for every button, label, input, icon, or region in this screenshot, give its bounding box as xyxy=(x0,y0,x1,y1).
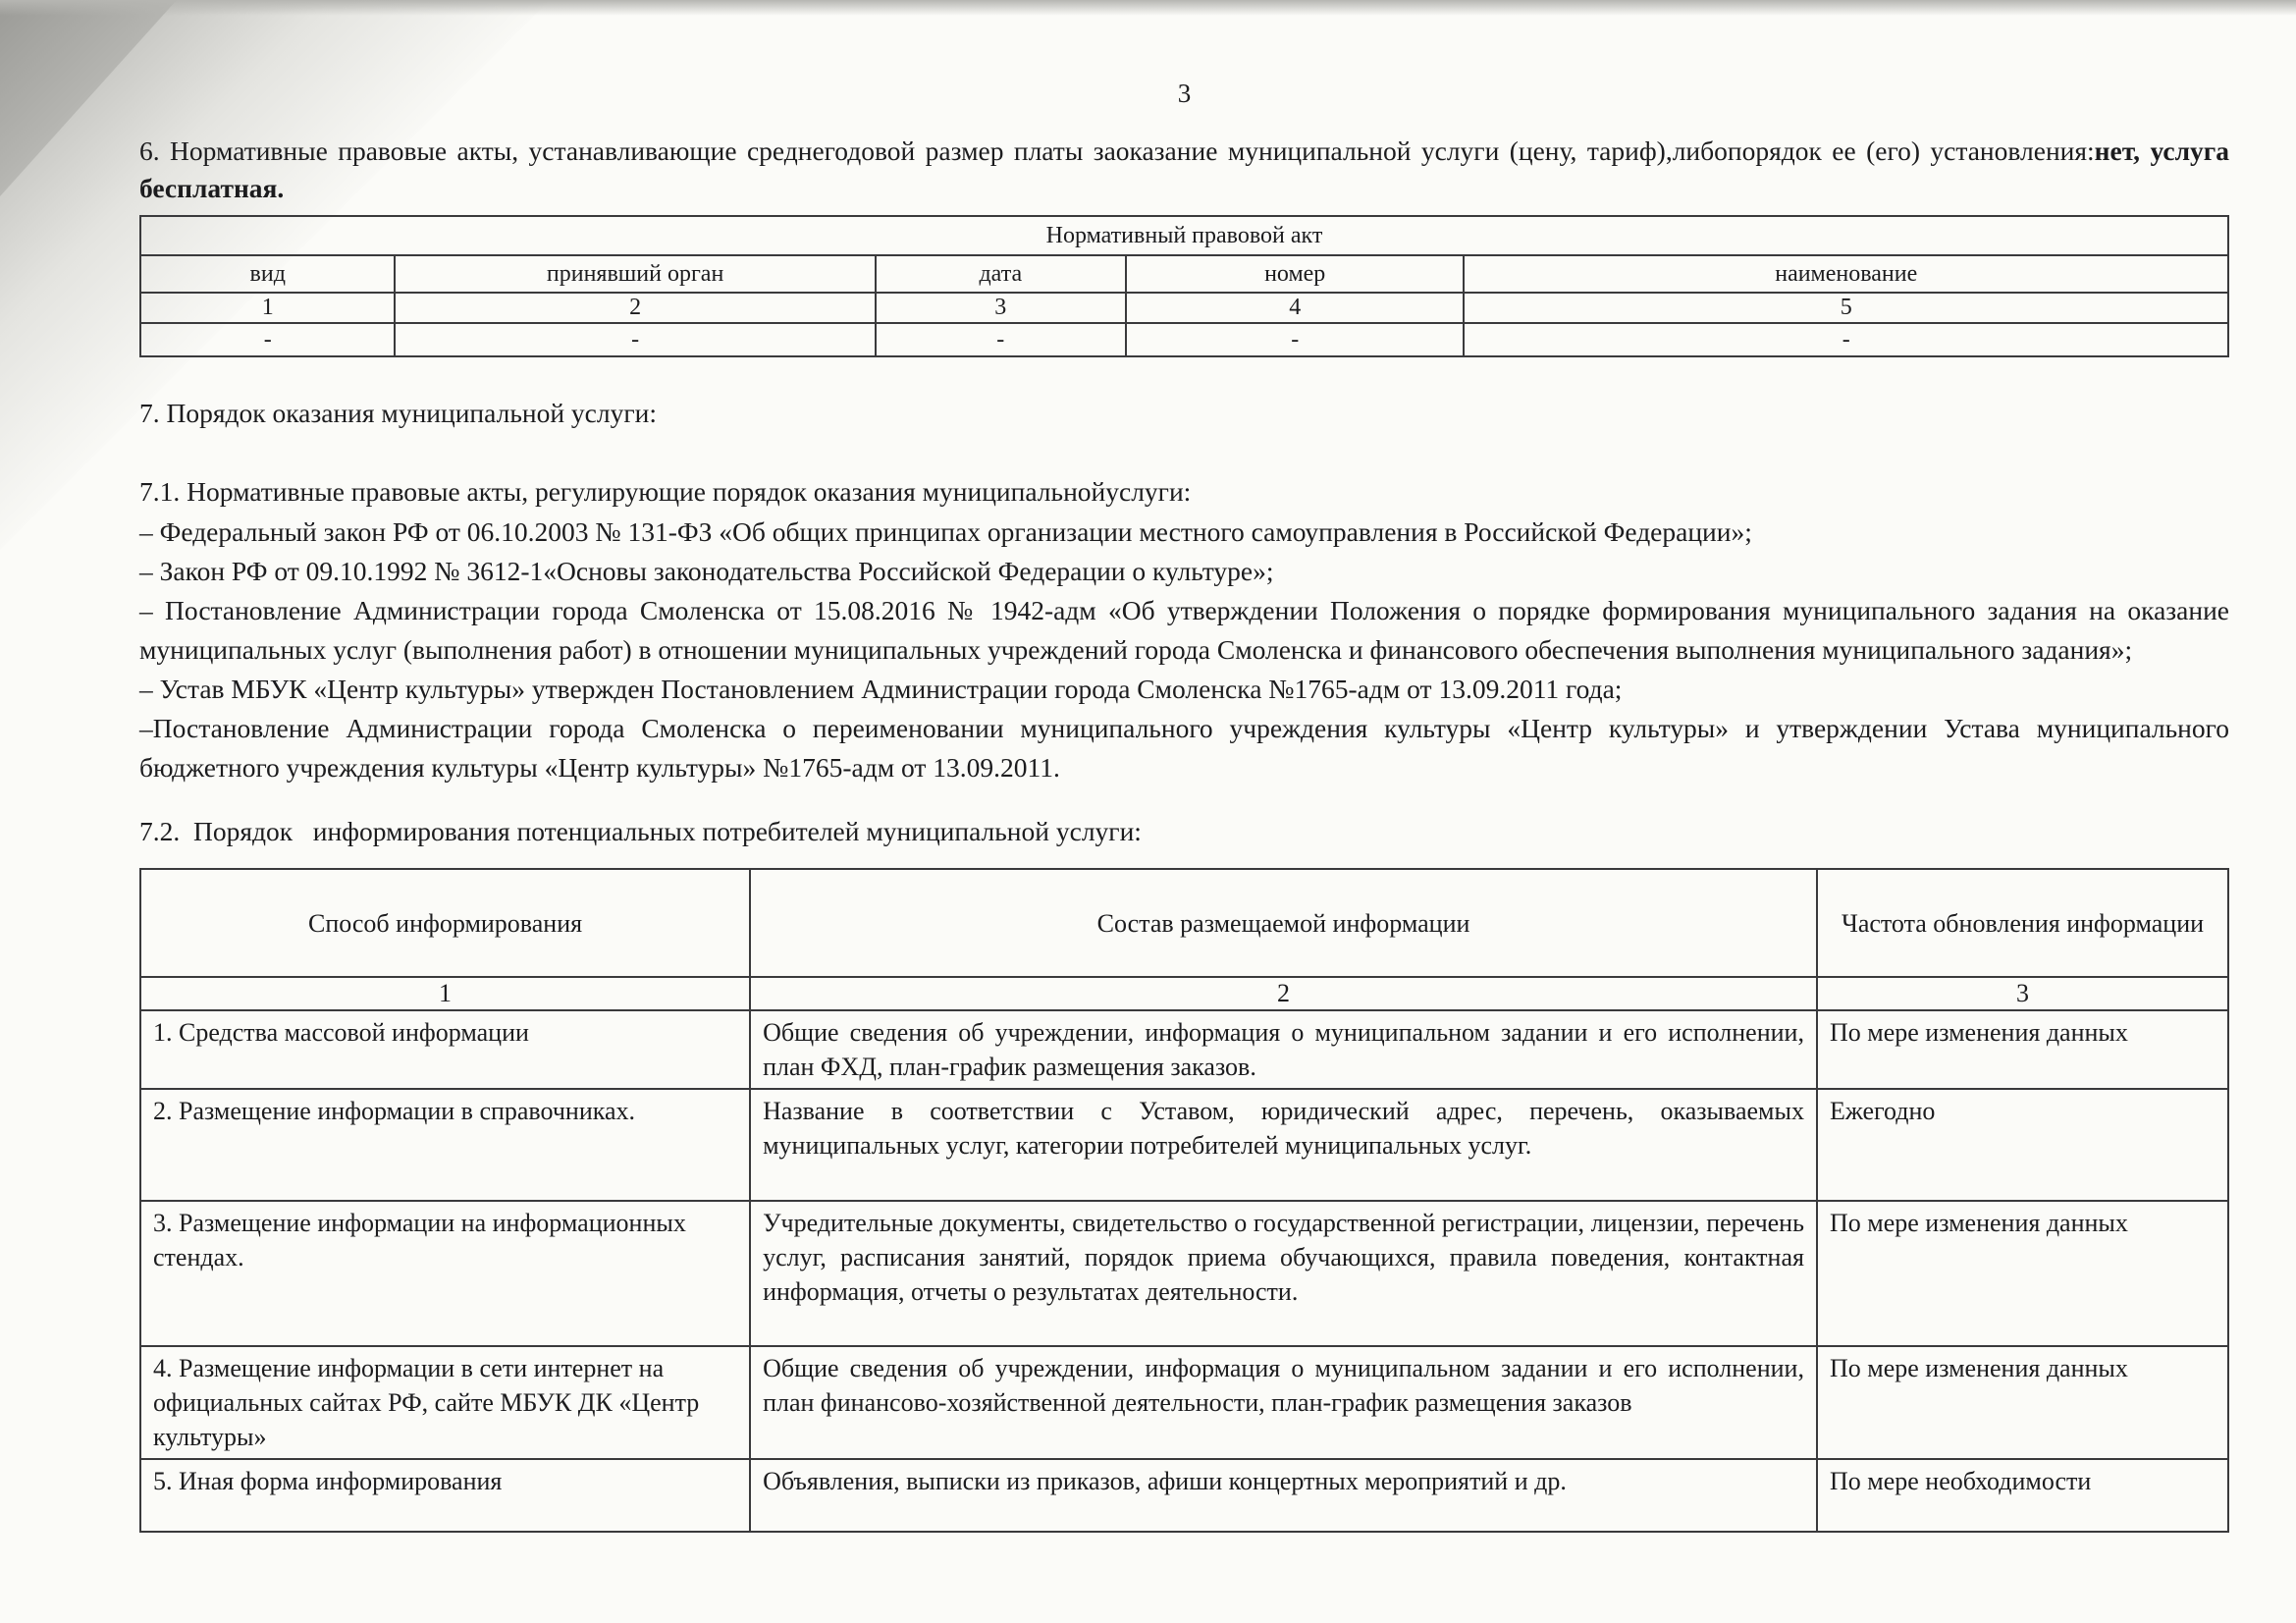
table2-row-internet: 4. Размещение информации в сети интернет… xyxy=(140,1346,2228,1459)
table2-cell-method-4: 4. Размещение информации в сети интернет… xyxy=(140,1346,750,1459)
table1-colnum-1: 1 xyxy=(140,293,395,323)
table2-cell-composition-1: Общие сведения об учреждении, информация… xyxy=(750,1010,1817,1089)
section-7-1-heading: 7.1. Нормативные правовые акты, регулиру… xyxy=(139,473,2229,511)
table1-colnum-5: 5 xyxy=(1464,293,2228,323)
table2-cell-method-1: 1. Средства массовой информации xyxy=(140,1010,750,1089)
normative-act-table: Нормативный правовой акт вид принявший о… xyxy=(139,215,2229,357)
table2-cell-composition-4: Общие сведения об учреждении, информация… xyxy=(750,1346,1817,1459)
table2-colnum-1: 1 xyxy=(140,977,750,1010)
table1-colnum-4: 4 xyxy=(1126,293,1465,323)
table2-cell-frequency-2: Ежегодно xyxy=(1817,1089,2228,1201)
section-7-2-heading: 7.2. Порядок информирования потенциальны… xyxy=(139,813,2229,850)
table1-header-row: вид принявший орган дата номер наименова… xyxy=(140,255,2228,293)
informing-table: Способ информирования Состав размещаемой… xyxy=(139,868,2229,1533)
section-7-heading: 7. Порядок оказания муниципальной услуги… xyxy=(139,395,2229,432)
table1-title: Нормативный правовой акт xyxy=(140,216,2228,255)
table2-header-frequency: Частота обновления информации xyxy=(1817,869,2228,977)
table2-cell-method-3: 3. Размещение информации на информационн… xyxy=(140,1201,750,1346)
legal-item-resolution-1942: – Постановление Администрации города Смо… xyxy=(139,591,2229,670)
table1-cell-naimenovanie: - xyxy=(1464,323,2228,356)
table2-cell-method-5: 5. Иная форма информирования xyxy=(140,1459,750,1532)
table2-cell-frequency-1: По мере изменения данных xyxy=(1817,1010,2228,1089)
table2-cell-frequency-5: По мере необходимости xyxy=(1817,1459,2228,1532)
table2-header-row: Способ информирования Состав размещаемой… xyxy=(140,869,2228,977)
table2-row-directories: 2. Размещение информации в справочниках.… xyxy=(140,1089,2228,1201)
table2-colnum-2: 2 xyxy=(750,977,1817,1010)
table2-header-composition: Состав размещаемой информации xyxy=(750,869,1817,977)
table2-colnum-3: 3 xyxy=(1817,977,2228,1010)
table1-colnum-3: 3 xyxy=(876,293,1126,323)
table1-header-naimenovanie: наименование xyxy=(1464,255,2228,293)
table2-number-row: 1 2 3 xyxy=(140,977,2228,1010)
scanned-document-page: 3 6. Нормативные правовые акты, устанавл… xyxy=(0,0,2296,1623)
table1-header-data: дата xyxy=(876,255,1126,293)
legal-acts-list: – Федеральный закон РФ от 06.10.2003 № 1… xyxy=(139,513,2229,787)
paragraph-6: 6. Нормативные правовые акты, устанавлив… xyxy=(139,133,2229,207)
table1-header-organ: принявший орган xyxy=(395,255,875,293)
table1-cell-data: - xyxy=(876,323,1126,356)
table1-cell-nomer: - xyxy=(1126,323,1465,356)
table2-cell-frequency-3: По мере изменения данных xyxy=(1817,1201,2228,1346)
table1-cell-vid: - xyxy=(140,323,395,356)
table2-cell-method-2: 2. Размещение информации в справочниках. xyxy=(140,1089,750,1201)
table2-cell-composition-5: Объявления, выписки из приказов, афиши к… xyxy=(750,1459,1817,1532)
legal-item-federal-law: – Федеральный закон РФ от 06.10.2003 № 1… xyxy=(139,513,2229,552)
legal-item-resolution-1765: –Постановление Администрации города Смол… xyxy=(139,709,2229,787)
table2-cell-frequency-4: По мере изменения данных xyxy=(1817,1346,2228,1459)
table1-header-nomer: номер xyxy=(1126,255,1465,293)
table1-data-row: - - - - - xyxy=(140,323,2228,356)
table2-row-stands: 3. Размещение информации на информационн… xyxy=(140,1201,2228,1346)
table2-cell-composition-2: Название в соответствии с Уставом, юриди… xyxy=(750,1089,1817,1201)
table2-header-method: Способ информирования xyxy=(140,869,750,977)
table1-colnum-2: 2 xyxy=(395,293,875,323)
table2-row-mass-media: 1. Средства массовой информации Общие св… xyxy=(140,1010,2228,1089)
table1-title-row: Нормативный правовой акт xyxy=(140,216,2228,255)
paragraph-6-text: 6. Нормативные правовые акты, устанавлив… xyxy=(139,135,2095,166)
legal-item-ustav: – Устав МБУК «Центр культуры» утвержден … xyxy=(139,670,2229,709)
table2-row-other: 5. Иная форма информирования Объявления,… xyxy=(140,1459,2228,1532)
page-number: 3 xyxy=(139,79,2229,109)
legal-item-culture-law: – Закон РФ от 09.10.1992 № 3612-1«Основы… xyxy=(139,552,2229,591)
page-content: 3 6. Нормативные правовые акты, устанавл… xyxy=(139,0,2229,1533)
table1-number-row: 1 2 3 4 5 xyxy=(140,293,2228,323)
table1-header-vid: вид xyxy=(140,255,395,293)
table2-cell-composition-3: Учредительные документы, свидетельство о… xyxy=(750,1201,1817,1346)
table1-cell-organ: - xyxy=(395,323,875,356)
